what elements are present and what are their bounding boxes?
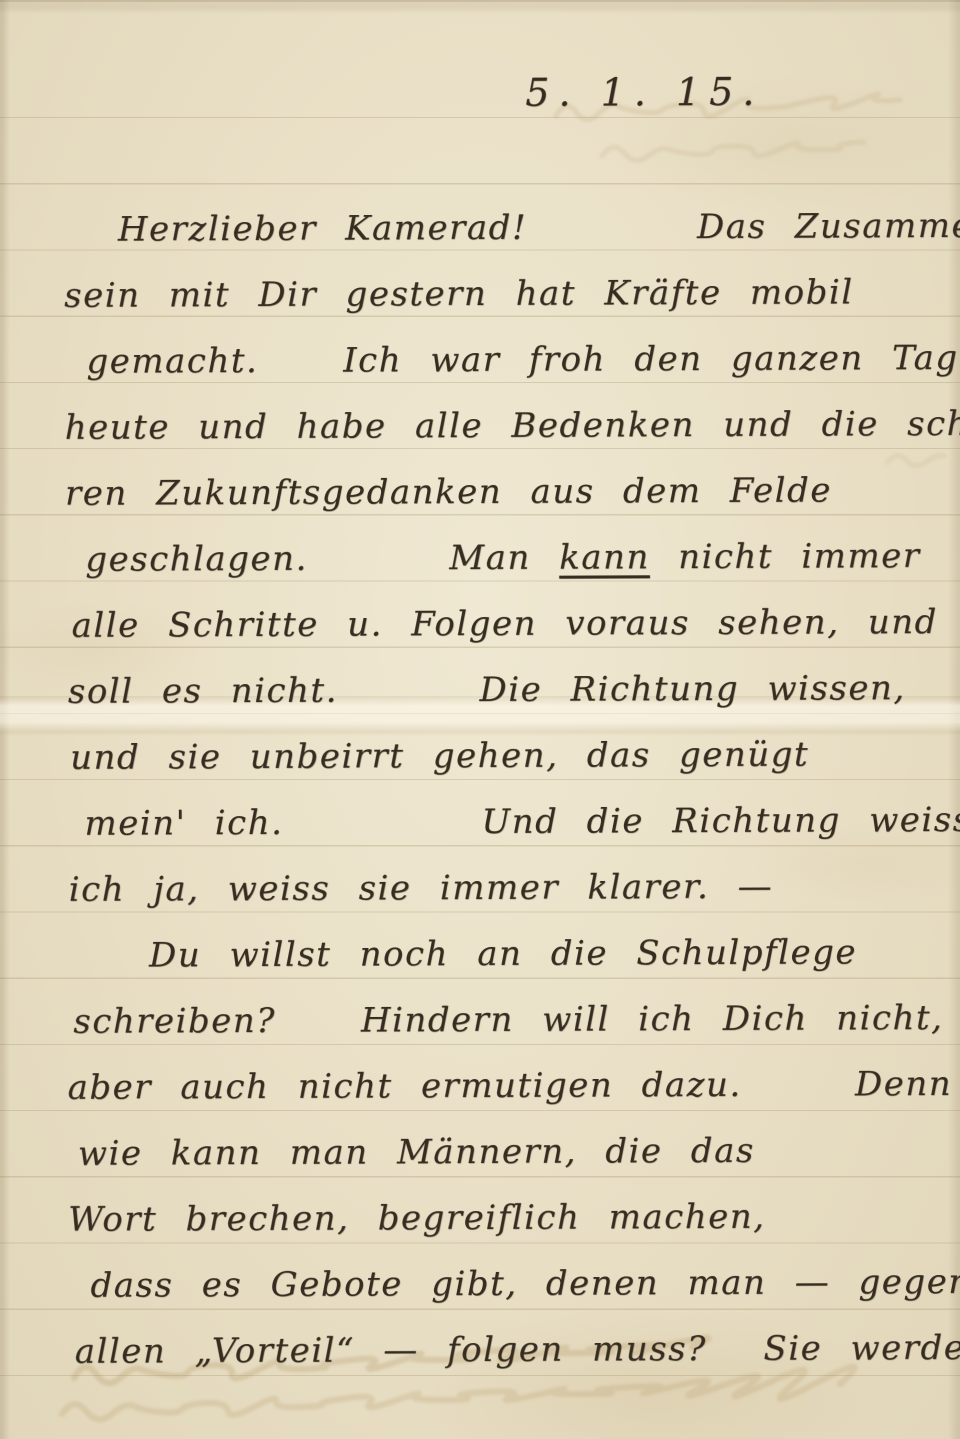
- letter-line-14: aber auch nicht ermutigen dazu. Denn: [68, 1061, 953, 1111]
- letter-line-6-post: nicht immer: [650, 536, 921, 577]
- letter-line-17: dass es Gebote gibt, denen man — gegen: [90, 1259, 960, 1309]
- letter-line-4: heute und habe alle Bedenken und die sch…: [65, 401, 960, 451]
- letter-line-18: allen „Vorteil“ — folgen muss? Sie werde…: [75, 1325, 960, 1375]
- letter-line-15: wie kann man Männern, die das: [78, 1128, 755, 1177]
- letter-line-2: sein mit Dir gestern hat Kräfte mobil: [64, 269, 854, 318]
- letter-line-8: soll es nicht. Die Richtung wissen,: [68, 665, 906, 715]
- letter-line-6-pre: geschlagen. Man: [85, 538, 559, 580]
- letter-line-11: ich ja, weiss sie immer klarer. —: [69, 864, 774, 913]
- letter-line-13: schreiben? Hindern will ich Dich nicht,: [73, 995, 943, 1045]
- letter-body: 5. 1. 15. Herzlieber Kamerad! Das Zusamm…: [0, 0, 960, 1439]
- underlined-word: kann: [559, 537, 650, 577]
- letter-page: 5. 1. 15. Herzlieber Kamerad! Das Zusamm…: [0, 0, 960, 1439]
- letter-line-12: Du willst noch an die Schulpflege: [149, 929, 857, 978]
- letter-line-9: und sie unbeirrt gehen, das genügt: [70, 732, 809, 781]
- letter-line-16: Wort brechen, begreiflich machen,: [68, 1194, 766, 1243]
- letter-line-5: ren Zukunftsgedanken aus dem Felde: [65, 467, 832, 516]
- letter-line-10: mein' ich. Und die Richtung weiss: [84, 797, 960, 847]
- letter-line-1: Herzlieber Kamerad! Das Zusammen=: [118, 203, 960, 253]
- letter-date: 5. 1. 15.: [525, 69, 763, 116]
- letter-line-3: gemacht. Ich war froh den ganzen Tag: [86, 335, 958, 385]
- letter-line-6: geschlagen. Man kann nicht immer: [85, 533, 920, 583]
- letter-line-7: alle Schritte u. Folgen voraus sehen, un…: [71, 599, 937, 649]
